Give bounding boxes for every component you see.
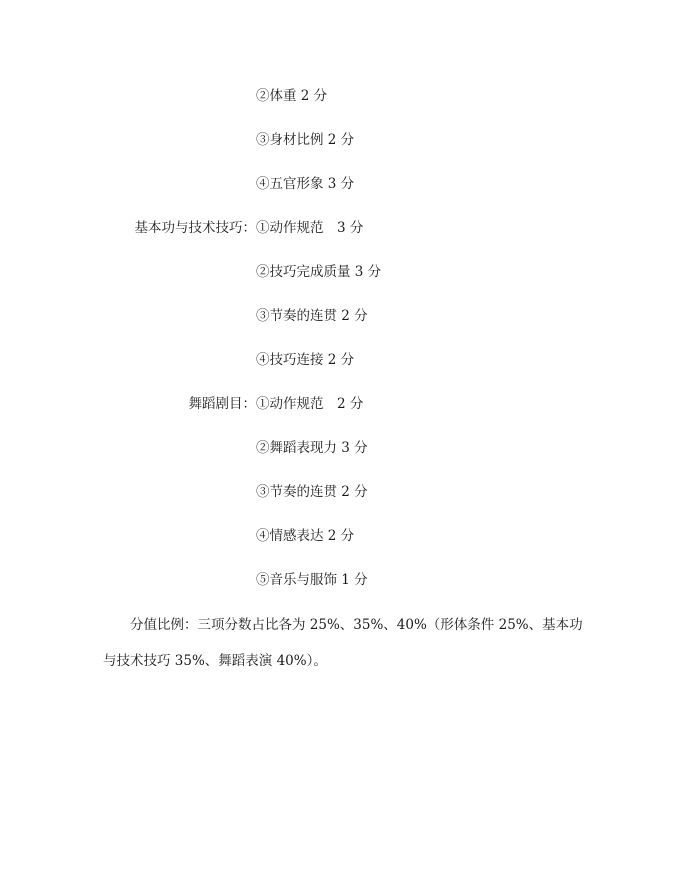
score-item: ⑤音乐与服饰 1 分 — [256, 571, 368, 589]
score-item: ②体重 2 分 — [256, 87, 327, 105]
score-item: ①动作规范 3 分 — [256, 219, 363, 237]
score-item: ②舞蹈表现力 3 分 — [256, 439, 368, 457]
score-item: ②技巧完成质量 3 分 — [256, 263, 381, 281]
score-item: ④情感表达 2 分 — [256, 527, 354, 545]
score-item: ④技巧连接 2 分 — [256, 351, 354, 369]
section-label-dance-repertoire: 舞蹈剧目： — [189, 395, 257, 413]
score-item: ③节奏的连贯 2 分 — [256, 483, 368, 501]
ratio-paragraph-line2: 与技术技巧 35%、舞蹈表演 40%）。 — [103, 652, 603, 670]
section-label-basic-skills: 基本功与技术技巧： — [135, 219, 257, 237]
score-item: ①动作规范 2 分 — [256, 395, 363, 413]
score-item: ③身材比例 2 分 — [256, 131, 354, 149]
score-item: ④五官形象 3 分 — [256, 175, 354, 193]
ratio-paragraph-line1: 分值比例：三项分数占比各为 25%、35%、40%（形体条件 25%、基本功 — [130, 616, 630, 634]
score-item: ③节奏的连贯 2 分 — [256, 307, 368, 325]
